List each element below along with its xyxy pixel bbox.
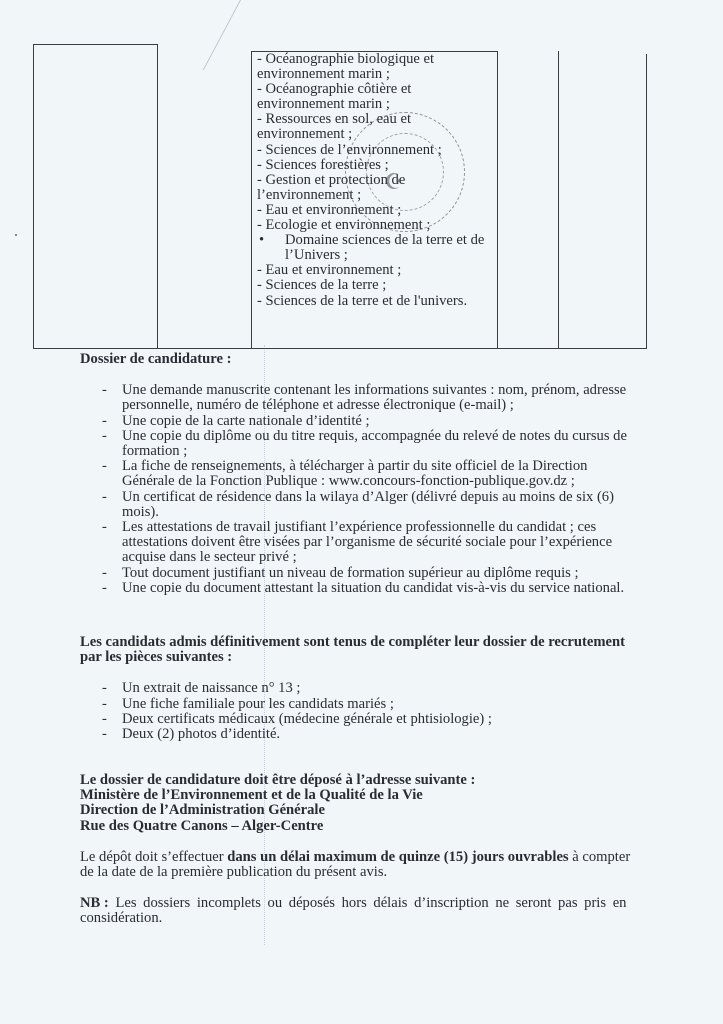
admis-list-item: -Une fiche familiale pour les candidats … [80,697,625,712]
dossier-item-line: Une copie du document attestant la situa… [122,581,627,596]
admis-list-item: -Deux certificats médicaux (médecine gén… [80,712,625,727]
dossier-title: Dossier de candidature : [80,352,627,367]
specialty-line: environnement marin ; [257,67,502,82]
dossier-list: -Une demande manuscrite contenant les in… [80,383,627,596]
dossier-list-item: -Une demande manuscrite contenant les in… [80,383,627,413]
delay-pre: Le dépôt doit s’effectuer [80,849,227,865]
nb-paragraph: NB : Les dossiers incomplets ou déposés … [80,896,630,926]
dash-bullet-icon: - [102,414,107,429]
dash-bullet-icon: - [102,697,107,712]
dossier-item-line: Une copie de la carte nationale d’identi… [122,414,627,429]
dossier-list-item: -La fiche de renseignements, à télécharg… [80,459,627,489]
dossier-list-item: -Une copie de la carte nationale d’ident… [80,414,627,429]
dossier-item-line: La fiche de renseignements, à télécharge… [122,459,627,474]
dash-bullet-icon: - [102,581,107,596]
table-top-border-left [33,44,157,45]
address-line-3: Rue des Quatre Canons – Alger-Centre [80,819,630,834]
dash-bullet-icon: - [102,712,107,727]
nb-line-2: considération. [80,911,630,926]
dossier-list-item: -Une copie du document attestant la situ… [80,581,627,596]
dash-bullet-icon: - [102,383,107,398]
dossier-section: Dossier de candidature : -Une demande ma… [80,352,627,596]
dash-bullet-icon: - [102,429,107,444]
delay-post: à compter [569,849,631,865]
admis-list: -Un extrait de naissance n° 13 ;-Une fic… [80,681,625,742]
bullet-icon: • [259,233,264,248]
dossier-item-line: personnelle, numéro de téléphone et adre… [122,398,627,413]
dash-bullet-icon: - [102,566,107,581]
dossier-item-line: Une demande manuscrite contenant les inf… [122,383,627,398]
table-bottom-border [33,348,647,349]
admis-item-text: Une fiche familiale pour les candidats m… [122,696,394,712]
admis-section: Les candidats admis définitivement sont … [80,635,625,742]
dash-bullet-icon: - [102,681,107,696]
specialties-list-after: - Eau et environnement ;- Sciences de la… [257,263,502,308]
admis-list-item: -Un extrait de naissance n° 13 ; [80,681,625,696]
specialty-line: - Sciences de la terre et de l'univers. [257,294,502,309]
stamp-inner-ring [366,133,444,211]
dossier-item-line: attestations doivent être visées par l’o… [122,535,627,550]
domain-line-1: Domaine sciences de la terre et de [271,233,502,248]
specialty-line: - Océanographie côtière et [257,82,502,97]
specialty-line: - Eau et environnement ; [257,263,502,278]
dossier-item-line: mois). [122,505,627,520]
admis-list-item: -Deux (2) photos d’identité. [80,727,625,742]
dossier-list-item: -Une copie du diplôme ou du titre requis… [80,429,627,459]
dash-bullet-icon: - [102,490,107,505]
admis-item-text: Deux certificats médicaux (médecine géné… [122,711,492,727]
scan-speck [15,234,17,236]
depot-section: Le dossier de candidature doit être dépo… [80,773,630,927]
dossier-item-line: acquise dans le secteur privé ; [122,550,627,565]
dossier-item-line: Les attestations de travail justifiant l… [122,520,627,535]
address-line-1: Ministère de l’Environnement et de la Qu… [80,788,630,803]
admis-item-text: Deux (2) photos d’identité. [122,726,280,742]
admis-item-text: Un extrait de naissance n° 13 ; [122,680,300,696]
dossier-item-line: Une copie du diplôme ou du titre requis,… [122,429,627,444]
domain-bullet-item: • Domaine sciences de la terre et de l’U… [257,233,502,263]
dash-bullet-icon: - [102,520,107,535]
dossier-list-item: -Les attestations de travail justifiant … [80,520,627,566]
table-col-border [646,54,647,349]
table-col-border [558,51,559,349]
address-line-2: Direction de l’Administration Générale [80,803,630,818]
official-stamp-icon: ☪ [345,112,465,232]
specialty-line: - Sciences de la terre ; [257,278,502,293]
dossier-item-line: Tout document justifiant un niveau de fo… [122,566,627,581]
delay-paragraph: Le dépôt doit s’effectuer dans un délai … [80,850,630,880]
table-col-border [157,44,158,349]
specialty-line: environnement marin ; [257,97,502,112]
table-col-border [251,51,252,349]
nb-line-1: Les dossiers incomplets ou déposés hors … [109,895,627,911]
dossier-item-line: Générale de la Fonction Publique : www.c… [122,474,627,489]
dash-bullet-icon: - [102,459,107,474]
dossier-list-item: -Tout document justifiant un niveau de f… [80,566,627,581]
admis-title-line1: Les candidats admis définitivement sont … [80,635,625,650]
specialty-line: - Océanographie biologique et [257,52,502,67]
dash-bullet-icon: - [102,727,107,742]
dossier-item-line: formation ; [122,444,627,459]
stamp-star-icon: ☪ [384,169,404,195]
depot-intro: Le dossier de candidature doit être dépo… [80,773,630,788]
dossier-list-item: -Un certificat de résidence dans la wila… [80,490,627,520]
delay-line-2: de la date de la première publication du… [80,865,630,880]
delay-bold: dans un délai maximum de quinze (15) jou… [227,849,568,865]
domain-line-2: l’Univers ; [271,248,502,263]
dossier-item-line: Un certificat de résidence dans la wilay… [122,490,627,505]
table-col-border [33,44,34,349]
admis-title-line2: par les pièces suivantes : [80,650,625,665]
nb-label: NB : [80,895,109,911]
